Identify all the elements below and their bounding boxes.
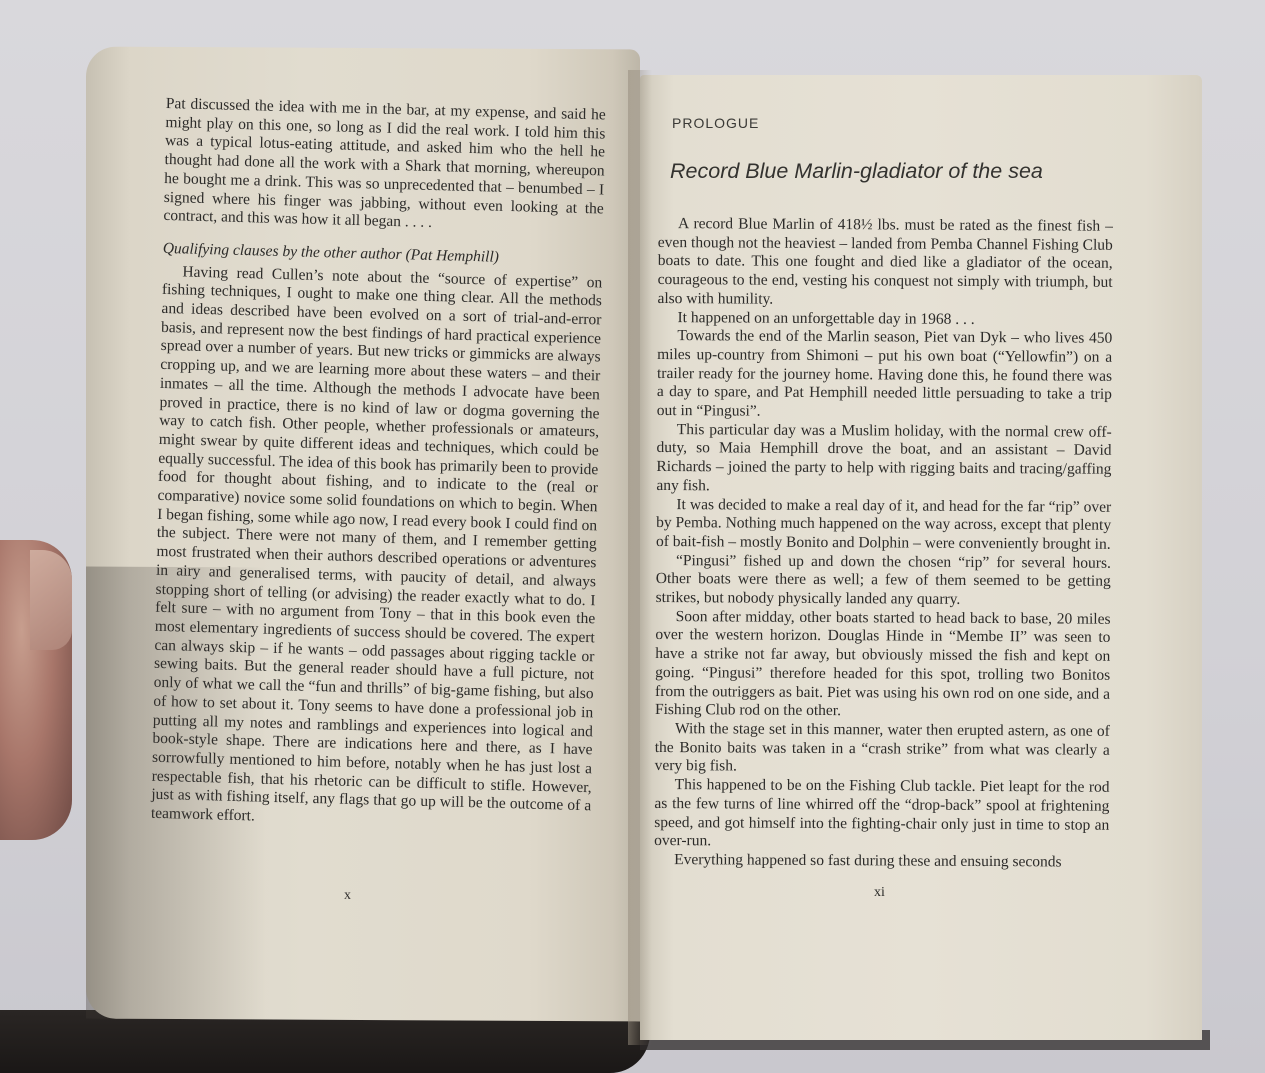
left-paragraph-2: Having read Cullen’s note about the “sou…	[151, 263, 603, 835]
page-number-right: xi	[874, 885, 885, 901]
left-paragraph-1: Pat discussed the idea with me in the ba…	[163, 95, 606, 237]
right-paragraph: “Pingusi” fished up and down the chosen …	[656, 552, 1111, 611]
page-number-left: x	[344, 888, 351, 904]
thumbnail-nail	[30, 550, 72, 650]
right-paragraph: Everything happened so fast during these…	[654, 851, 1109, 872]
right-page-text: A record Blue Marlin of 418½ lbs. must b…	[654, 215, 1113, 872]
right-paragraph: This particular day was a Muslim holiday…	[656, 421, 1111, 499]
left-page: Pat discussed the idea with me in the ba…	[86, 47, 640, 1022]
book-gutter	[628, 70, 652, 1045]
right-paragraph: Towards the end of the Marlin season, Pi…	[657, 327, 1113, 423]
right-page: PROLOGUE Record Blue Marlin-gladiator of…	[640, 75, 1202, 1040]
chapter-title: Record Blue Marlin-gladiator of the sea	[670, 159, 1043, 184]
right-paragraph: Soon after midday, other boats started t…	[655, 608, 1111, 723]
right-paragraph: With the stage set in this manner, water…	[655, 720, 1110, 779]
right-paragraph: A record Blue Marlin of 418½ lbs. must b…	[657, 215, 1113, 311]
right-paragraph: This happened to be on the Fishing Club …	[654, 776, 1109, 854]
left-page-text: Pat discussed the idea with me in the ba…	[151, 95, 606, 835]
running-head: PROLOGUE	[672, 115, 759, 131]
right-paragraph: It was decided to make a real day of it,…	[656, 496, 1111, 555]
